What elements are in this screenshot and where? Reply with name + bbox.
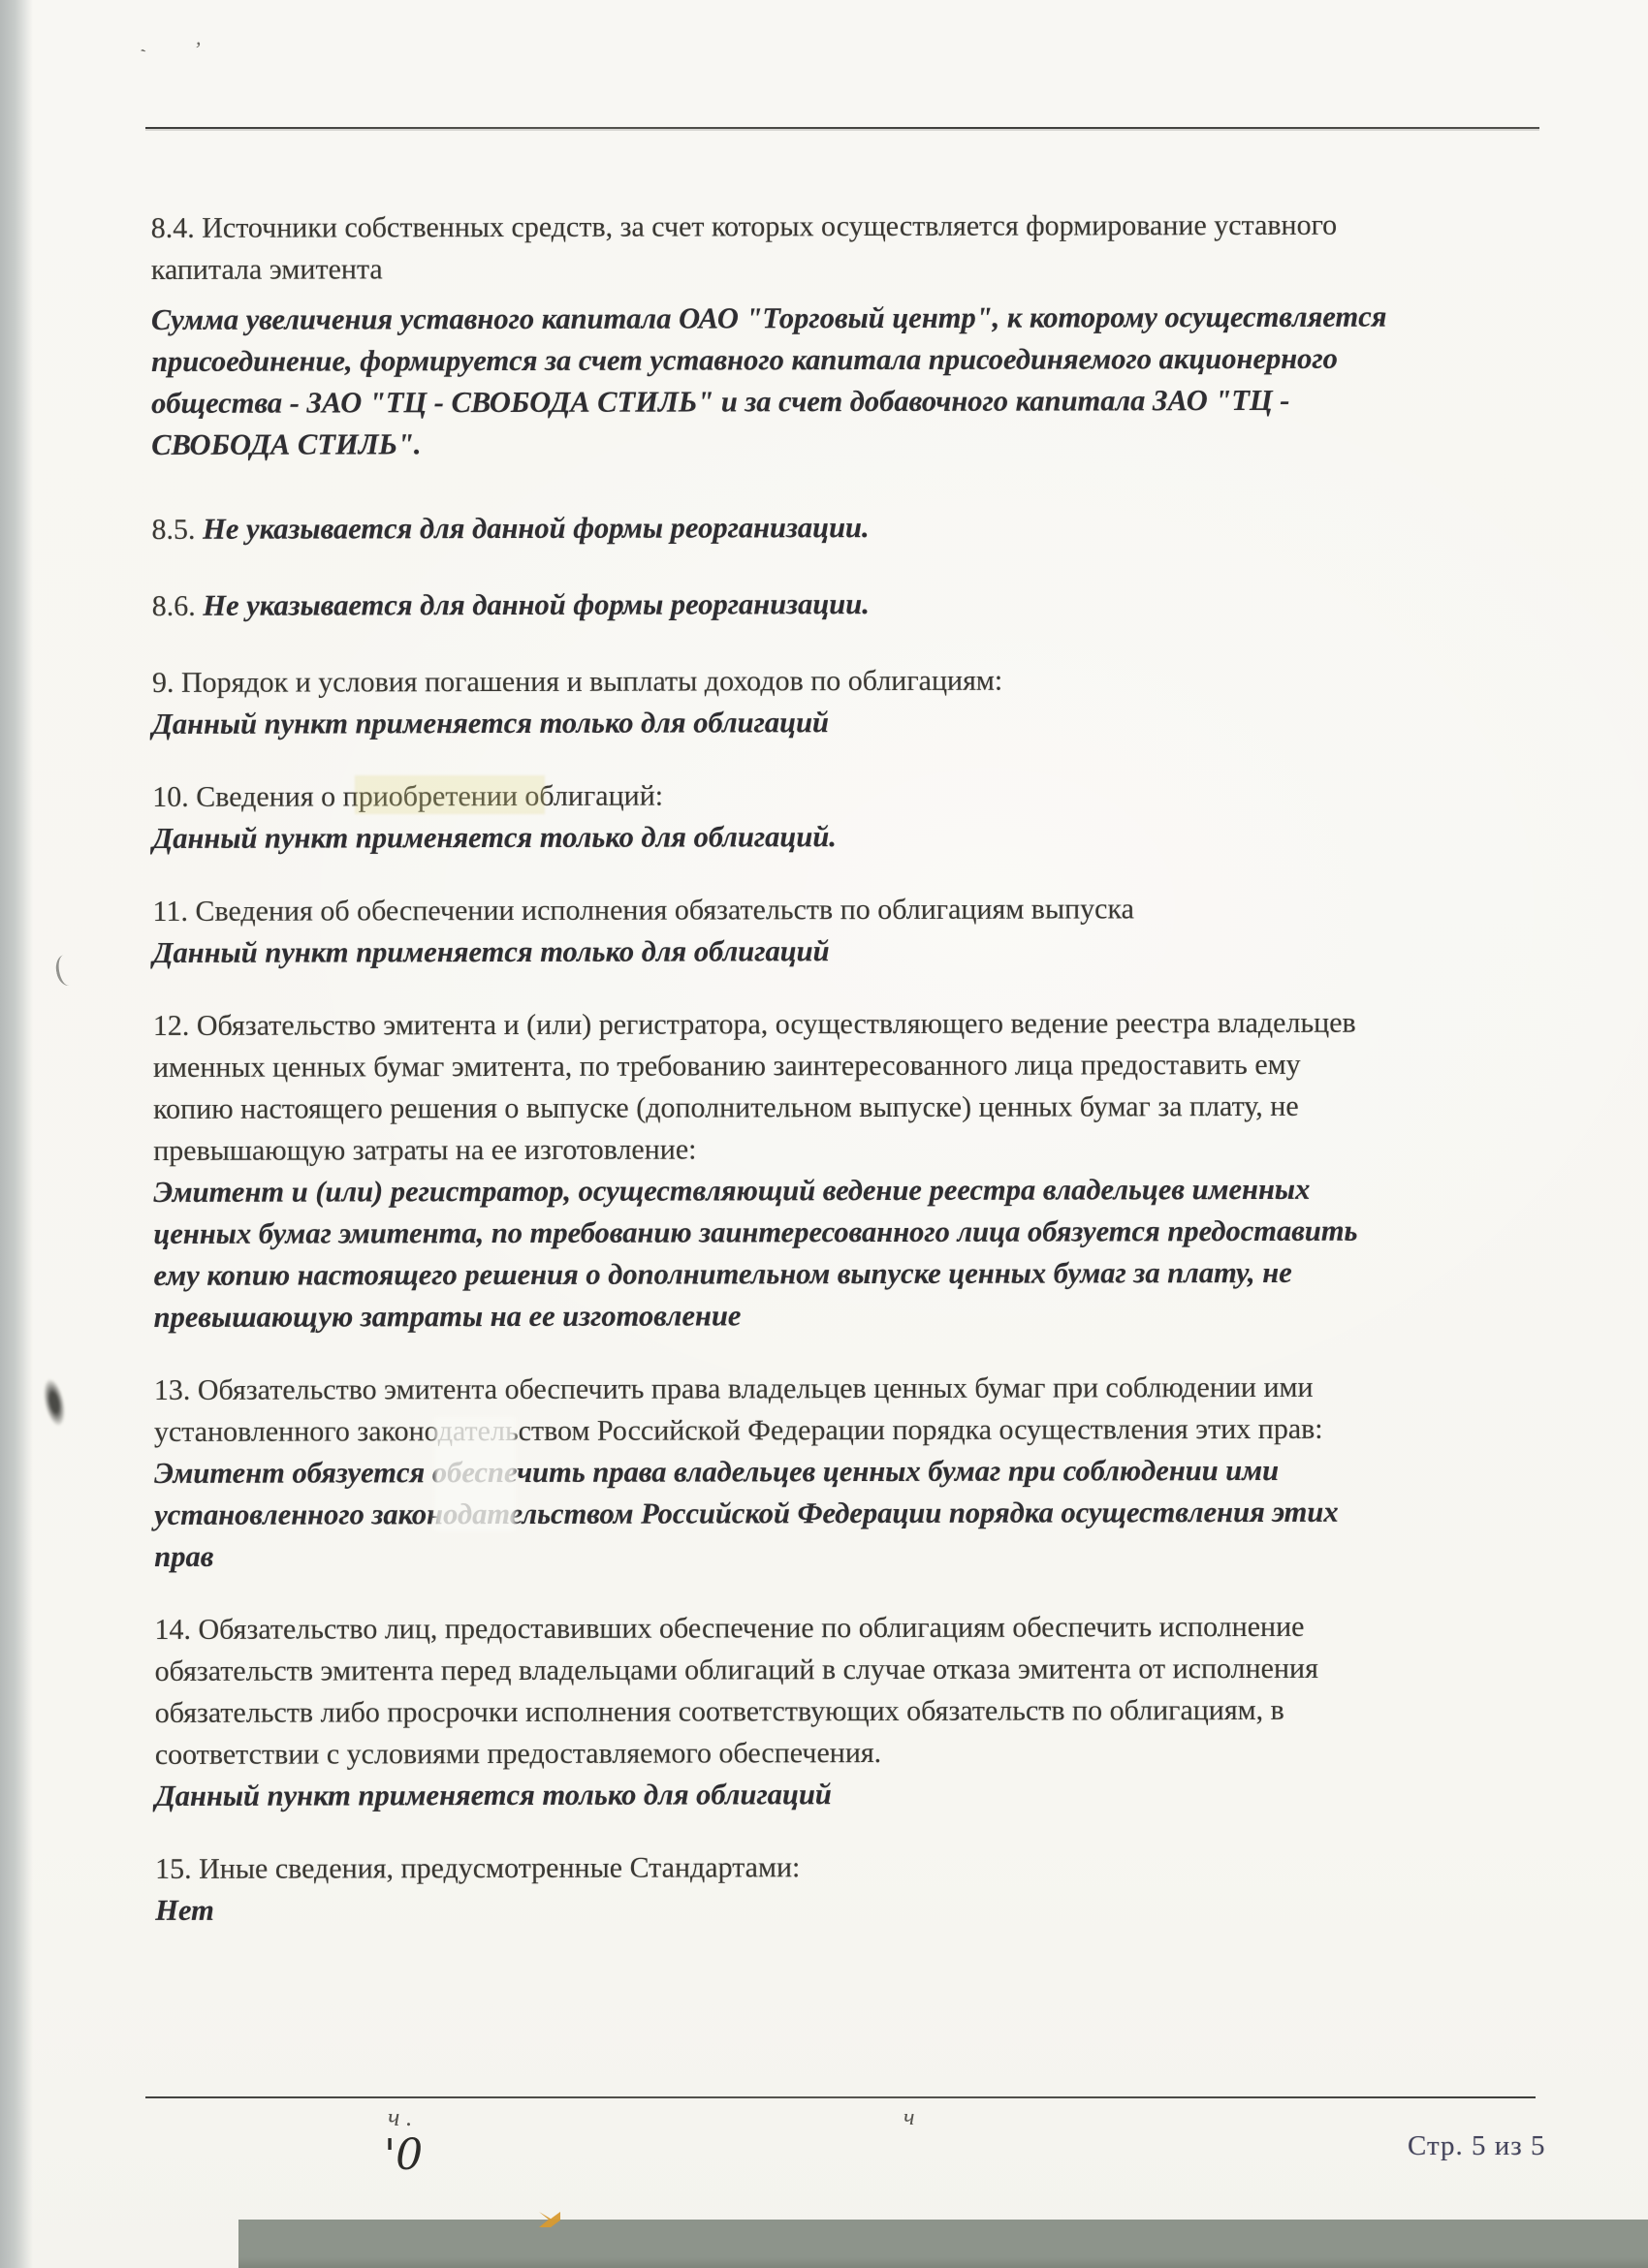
page-number: Стр. 5 из 5 [1408, 2130, 1545, 2162]
document-section: 8.5. Не указывается для данной формы рео… [151, 505, 1588, 551]
section-heading-line: 9. Порядок и условия погашения и выплаты… [152, 658, 1589, 704]
speck-mark: ` [136, 45, 154, 70]
scanned-document-page: 8.4. Источники собственных средств, за с… [0, 0, 1648, 2268]
section-answer-line: Данный пункт применяется только для обли… [152, 700, 1589, 745]
section-answer-line: общества - ЗАО "ТЦ - СВОБОДА СТИЛЬ" и за… [151, 379, 1588, 425]
page-curl-mark [53, 953, 79, 987]
section-heading-line: превышающую затраты на ее изготовление: [153, 1126, 1590, 1172]
section-heading-line: именных ценных бумаг эмитента, по требов… [153, 1043, 1590, 1088]
header-rule [145, 127, 1539, 129]
section-heading-line: 11. Сведения об обеспечении исполнения о… [152, 887, 1589, 932]
section-heading-line: копию настоящего решения о выпуске (допо… [153, 1085, 1590, 1130]
pen-mark: ч [903, 2105, 914, 2131]
section-heading-line: обязательств либо просрочки исполнения с… [155, 1688, 1592, 1734]
section-answer-line: присоединение, формируется за счет устав… [151, 337, 1588, 383]
document-section: 8.4. Источники собственных средств, за с… [151, 204, 1589, 466]
section-answer-line: 8.6. Не указывается для данной формы рео… [152, 582, 1589, 627]
section-answer-line: СВОБОДА СТИЛЬ". [151, 421, 1588, 466]
section-heading-line: 12. Обязательство эмитента и (или) регис… [153, 1001, 1590, 1047]
document-section: 14. Обязательство лиц, предоставивших об… [154, 1605, 1592, 1817]
section-answer-line: Данный пункт применяется только для обли… [152, 814, 1589, 860]
section-heading-line: соответствии с условиями предоставляемог… [155, 1730, 1592, 1776]
section-number: 8.5. [151, 514, 195, 546]
section-heading-line: 15. Иные сведения, предусмотренные Станд… [155, 1844, 1592, 1890]
section-answer-line: установленного законодательством Российс… [154, 1491, 1591, 1536]
section-answer-line: Нет [155, 1886, 1592, 1932]
section-heading-line: 8.4. Источники собственных средств, за с… [151, 204, 1588, 249]
speck-mark: , [196, 25, 202, 50]
document-section: 13. Обязательство эмитента обеспечить пр… [154, 1366, 1592, 1578]
scan-edge-bottom-band [238, 2220, 1648, 2268]
document-section: 9. Порядок и условия погашения и выплаты… [152, 658, 1589, 745]
section-heading-line: 13. Обязательство эмитента обеспечить пр… [154, 1366, 1591, 1411]
scan-dark-blob [40, 1376, 69, 1428]
section-answer-text: Не указывается для данной формы реоргани… [203, 587, 870, 622]
section-heading-line: обязательств эмитента перед владельцами … [155, 1647, 1592, 1692]
document-section: 12. Обязательство эмитента и (или) регис… [153, 1001, 1591, 1339]
document-body: 8.4. Источники собственных средств, за с… [151, 204, 1593, 1963]
section-heading-line: 14. Обязательство лиц, предоставивших об… [154, 1605, 1591, 1651]
pen-mark: '0 [384, 2130, 423, 2180]
section-answer-line: Данный пункт применяется только для обли… [155, 1772, 1592, 1817]
footer-rule [145, 2096, 1536, 2098]
section-answer-line: 8.5. Не указывается для данной формы рео… [151, 505, 1588, 551]
section-answer-line: ему копию настоящего решения о дополните… [153, 1251, 1590, 1297]
section-answer-line: прав [154, 1532, 1591, 1578]
section-heading-line: установленного законодательством Российс… [154, 1407, 1591, 1453]
section-answer-line: Эмитент обязуется обеспечить права владе… [154, 1449, 1591, 1495]
section-answer-line: ценных бумаг эмитента, по требованию заи… [153, 1210, 1590, 1255]
document-section: 8.6. Не указывается для данной формы рео… [152, 582, 1589, 627]
section-answer-line: Данный пункт применяется только для обли… [153, 929, 1590, 974]
section-answer-line: Сумма увеличения уставного капитала ОАО … [151, 296, 1588, 341]
section-answer-text: Не указывается для данной формы реоргани… [203, 511, 870, 546]
highlight-tint-smudge [355, 775, 545, 814]
section-heading-line: капитала эмитента [151, 245, 1588, 291]
section-answer-line: превышающую затраты на ее изготовление [154, 1293, 1591, 1339]
document-section: 15. Иные сведения, предусмотренные Станд… [155, 1844, 1592, 1932]
scan-edge-left-band [0, 0, 33, 2268]
whiteout-smudge [434, 1417, 516, 1531]
pen-mark: ч . [388, 2103, 412, 2132]
document-section: 11. Сведения об обеспечении исполнения о… [152, 887, 1589, 974]
section-answer-line: Эмитент и (или) регистратор, осуществляю… [153, 1168, 1590, 1213]
section-number: 8.6. [152, 590, 196, 622]
